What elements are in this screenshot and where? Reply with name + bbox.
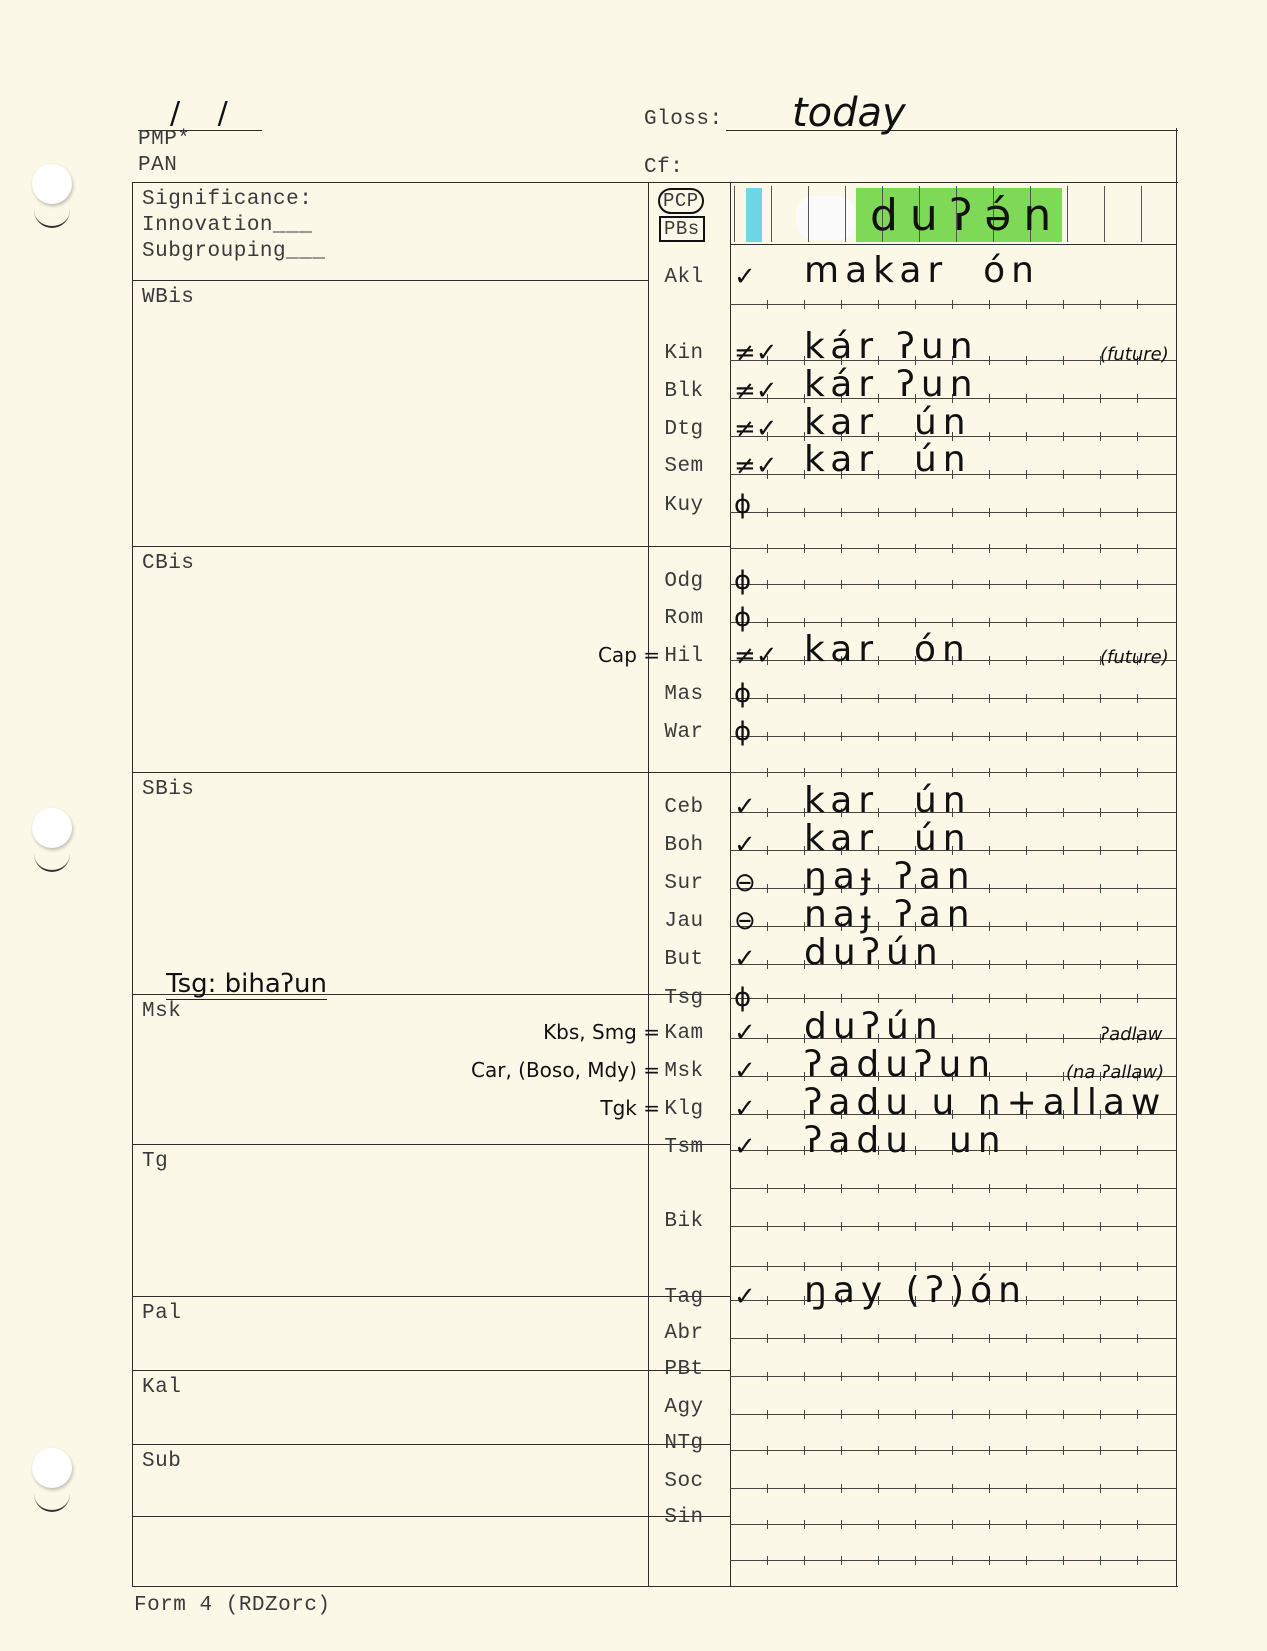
group-label: Kal	[142, 1376, 181, 1399]
ruled-line	[730, 1524, 1176, 1525]
punch-hole-shadow	[34, 208, 70, 228]
reflex-form[interactable]: kar ún	[804, 780, 972, 821]
cognate-mark: ✓	[734, 830, 756, 860]
cognate-mark: ≠✓	[734, 414, 778, 444]
cognate-mark: ✓	[734, 944, 756, 974]
cognate-mark: ⊖	[734, 868, 756, 898]
cf-label: Cf:	[644, 156, 683, 179]
language-label: Soc	[648, 1470, 720, 1493]
language-label: Agy	[648, 1396, 720, 1419]
reflex-form[interactable]: ŋaɟ ʔan	[804, 856, 976, 897]
ruled-line	[730, 736, 1176, 737]
cognate-mark: ɸ	[734, 566, 751, 596]
reflex-note: (future)	[1100, 344, 1169, 365]
reflex-form[interactable]: makar ón	[804, 250, 1040, 291]
cognate-mark: ɸ	[734, 717, 751, 747]
reflex-form[interactable]: kar ún	[804, 439, 972, 480]
cognate-mark: ✓	[734, 1056, 756, 1086]
language-label: Bik	[648, 1210, 720, 1233]
subgrouping-field[interactable]: Subgrouping___	[142, 240, 325, 263]
language-label: Tsm	[648, 1136, 720, 1159]
reflex-form[interactable]: kár ʔun	[804, 364, 979, 405]
significance-title: Significance:	[142, 188, 312, 211]
reflex-form[interactable]: ʔadu un	[804, 1120, 1007, 1161]
language-label: But	[648, 948, 720, 971]
punch-hole-shadow	[34, 852, 70, 872]
group-divider	[132, 772, 730, 773]
whiteout-patch	[796, 196, 856, 240]
ruled-line	[730, 1560, 1176, 1561]
frame-bottom	[132, 1586, 1178, 1587]
side-annotation: Cap =	[598, 643, 660, 667]
group-label: Pal	[142, 1302, 181, 1325]
group-divider	[132, 1516, 730, 1517]
group-label: CBis	[142, 552, 194, 575]
group-divider	[132, 1296, 730, 1297]
punch-hole	[32, 1448, 72, 1488]
ruled-line	[730, 1414, 1176, 1415]
ruled-line	[730, 584, 1176, 585]
reflex-form[interactable]: duʔún	[804, 1006, 944, 1047]
language-label: Blk	[648, 380, 720, 403]
pmp-label: PMP*	[138, 128, 190, 151]
reflex-form[interactable]: kar ún	[804, 818, 972, 859]
frame-top	[132, 182, 1178, 183]
cognate-mark: ≠✓	[734, 451, 778, 481]
cyan-mark	[746, 188, 762, 242]
innovation-field[interactable]: Innovation___	[142, 214, 312, 237]
proto-reconstruction[interactable]: duʔə́n	[870, 190, 1063, 241]
cognate-mark: ✓	[734, 1094, 756, 1124]
reflex-form[interactable]: ʔadu u n+allaw	[804, 1082, 1166, 1123]
cognate-mark: ɸ	[734, 983, 751, 1013]
group-label: Tg	[142, 1150, 168, 1173]
language-label: Sin	[648, 1506, 720, 1529]
language-label: Kuy	[648, 494, 720, 517]
reflex-form[interactable]: kar ón	[804, 629, 971, 670]
pbs-label: PBs	[659, 216, 705, 242]
group-divider	[132, 1370, 730, 1371]
reflex-form[interactable]: kar ún	[804, 402, 972, 443]
language-label: Tsg	[648, 987, 720, 1010]
language-label: Tag	[648, 1286, 720, 1309]
language-label: Kin	[648, 342, 720, 365]
reflex-note: (future)	[1100, 647, 1169, 668]
ruled-line	[730, 622, 1176, 623]
language-label: Jau	[648, 910, 720, 933]
group-divider	[132, 1144, 730, 1145]
reflex-form[interactable]: ʔaduʔun	[804, 1044, 996, 1085]
entry-number-marks: / /	[170, 96, 242, 131]
gloss-label: Gloss:	[644, 108, 723, 131]
cognate-mark: ✓	[734, 1018, 756, 1048]
cognate-mark: ≠✓	[734, 641, 778, 671]
punch-hole	[32, 808, 72, 848]
group-label: Msk	[142, 1000, 181, 1023]
ruled-line	[730, 1450, 1176, 1451]
ruled-line	[730, 1226, 1176, 1227]
cognate-mark: ɸ	[734, 603, 751, 633]
language-label: Boh	[648, 834, 720, 857]
side-annotation: Tsg: bihaʔun	[166, 969, 327, 1000]
punch-hole	[32, 164, 72, 204]
proto-row-bottom	[730, 244, 1176, 245]
ruled-line	[730, 998, 1176, 999]
cognate-mark: ɸ	[734, 679, 751, 709]
language-label: Ceb	[648, 796, 720, 819]
cognate-mark: ≠✓	[734, 376, 778, 406]
language-label: War	[648, 721, 720, 744]
ruled-line	[730, 548, 1176, 549]
ruled-line	[730, 304, 1176, 305]
reflex-form[interactable]: duʔún	[804, 932, 944, 973]
punch-hole-shadow	[34, 1492, 70, 1512]
reflex-note: (na ʔallaw)	[1066, 1062, 1164, 1083]
reflex-form[interactable]: naɟ ʔan	[804, 894, 976, 935]
language-label: Abr	[648, 1322, 720, 1345]
group-label: Sub	[142, 1450, 181, 1473]
cognate-mark: ≠✓	[734, 338, 778, 368]
ruled-line	[730, 698, 1176, 699]
reflex-form[interactable]: ŋay (ʔ)ón	[804, 1270, 1027, 1311]
language-label: NTg	[648, 1432, 720, 1455]
form-label: Form 4 (RDZorc)	[134, 1594, 331, 1617]
ruled-line	[730, 512, 1176, 513]
ruled-line	[730, 1188, 1176, 1189]
ruled-line	[730, 1338, 1176, 1339]
ruled-line	[730, 1488, 1176, 1489]
group-divider	[132, 546, 730, 547]
gloss-value[interactable]: today	[792, 90, 906, 136]
pcp-label: PCP	[658, 188, 704, 214]
cognate-mark: ✓	[734, 792, 756, 822]
ruled-line	[730, 1266, 1176, 1267]
group-label: WBis	[142, 286, 194, 309]
language-label: Rom	[648, 607, 720, 630]
reflex-note: ʔadlaw	[1100, 1024, 1162, 1045]
reflex-form[interactable]: kár ʔun	[804, 326, 979, 367]
pan-label: PAN	[138, 154, 177, 177]
language-label: Sem	[648, 455, 720, 478]
side-annotation: Car, (Boso, Mdy) =	[471, 1058, 660, 1082]
side-annotation: Tgk =	[600, 1096, 660, 1120]
ruled-line	[730, 772, 1176, 773]
ruled-line	[730, 964, 1176, 965]
language-label: Odg	[648, 570, 720, 593]
side-annotation: Kbs, Smg =	[543, 1020, 660, 1044]
frame-left	[132, 182, 133, 1586]
language-label: Dtg	[648, 418, 720, 441]
language-label: Sur	[648, 872, 720, 895]
language-label: Akl	[648, 266, 720, 289]
cognate-mark: ✓	[734, 1282, 756, 1312]
frame-right	[1176, 128, 1177, 1586]
language-label: PBt	[648, 1358, 720, 1381]
cognate-mark: ✓	[734, 262, 756, 292]
group-label: SBis	[142, 778, 194, 801]
ruled-line	[730, 1376, 1176, 1377]
cognate-mark: ɸ	[734, 490, 751, 520]
group-divider	[132, 1444, 730, 1445]
significance-divider	[132, 280, 648, 281]
cognate-mark: ✓	[734, 1132, 756, 1162]
language-label: Mas	[648, 683, 720, 706]
cognate-mark: ⊖	[734, 906, 756, 936]
